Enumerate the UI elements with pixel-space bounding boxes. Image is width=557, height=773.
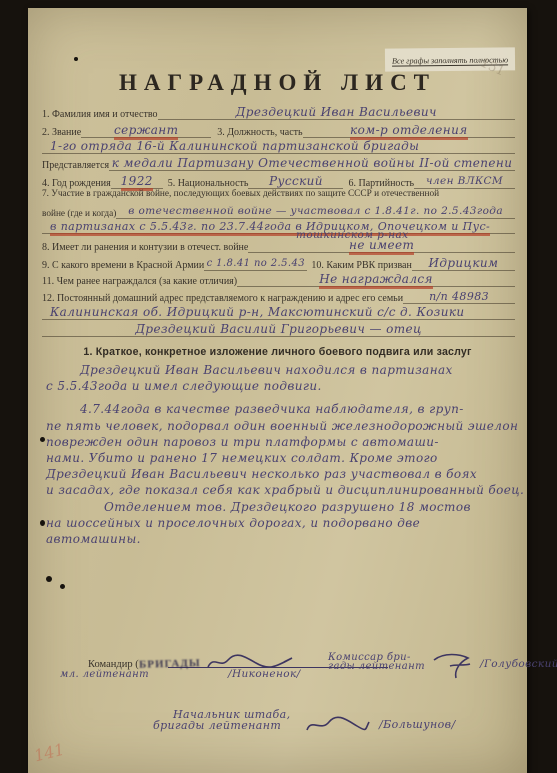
body-line: поврежден один паровоз и три платформы с… <box>46 435 511 451</box>
scanned-award-document: { "note": "Все графы заполнять полностью… <box>0 0 557 773</box>
field-presented-value: к медали Партизану Отечественной войны I… <box>109 156 515 171</box>
field-wounds-value: не имеет <box>248 238 515 253</box>
body-line: и засадах, где показал себя как храбрый … <box>46 483 511 499</box>
field-rvk-value: Идрицким <box>412 256 515 271</box>
body-line: нами. Убито и ранено 17 немецких солдат.… <box>46 451 511 467</box>
body-line: автомашины. <box>46 532 511 548</box>
field-birthyear-value: 1922 <box>111 174 163 189</box>
feat-description-heading: 1. Краткое, конкретное изложение личного… <box>28 346 527 358</box>
body-line: Дрездецкий Иван Васильевич несколько раз… <box>46 467 511 483</box>
field-name-value: Дрездецкий Иван Васильевич <box>158 105 515 120</box>
field-participation-label-line1: 7. Участие в гражданской войне, последую… <box>42 189 439 199</box>
document-title: НАГРАДНОЙ ЛИСТ <box>28 70 527 96</box>
field-name-label: 1. Фамилия имя и отчество <box>42 109 158 120</box>
body-line: Дрездецкий Иван Васильевич находился в п… <box>46 363 511 379</box>
field-position-continued: 1-го отряда 16-й Калининской партизанско… <box>42 139 515 154</box>
body-line: 4.7.44года в качестве разведчика наблюда… <box>46 402 511 418</box>
field-army-since-label: 9. С какого времени в Красной Армии <box>42 260 204 271</box>
field-party-value: член ВЛКСМ <box>414 173 515 189</box>
hole-punch <box>46 576 52 582</box>
field-address-label: 12. Постоянный домашний адрес представля… <box>42 293 403 304</box>
hole-punch <box>74 57 78 61</box>
chief-signature <box>303 714 373 738</box>
field-nationality-value: Русский <box>248 174 343 189</box>
field-participation-label-line2: войне (где и когда) <box>42 209 116 219</box>
chief-name: /Большунов/ <box>379 718 456 731</box>
field-rank-value: сержант <box>81 123 211 138</box>
commissar-signature-block: Комиссар бри- гады лейтенант /Голубовски… <box>328 652 523 672</box>
feat-description-body: Дрездецкий Иван Васильевич находился в п… <box>46 363 511 548</box>
field-position-label: 3. Должность, часть <box>211 127 302 138</box>
body-line: на шоссейных и проселочных дорогах, и по… <box>46 516 511 532</box>
document-paper: Все графы заполнять полностью 151 НАГРАД… <box>28 8 527 773</box>
field-party-label: 6. Партийность <box>343 178 414 189</box>
field-participation-value-line1: в отечественной войне — участвовал с 1.8… <box>116 203 515 219</box>
field-birthyear-label: 4. Год рождения <box>42 178 111 189</box>
hole-punch <box>40 520 45 526</box>
field-previous-awards-value: Не награждался <box>237 272 515 287</box>
field-address-line3: Дрездецкий Василий Григорьевич — отец <box>42 322 515 337</box>
field-presented-label: Представляется <box>42 160 109 171</box>
commissar-signature <box>430 650 478 684</box>
field-previous-awards-label: 11. Чем ранее награждался (за какие отли… <box>42 276 237 287</box>
field-position-value: ком-р отделения <box>303 123 515 138</box>
field-wounds-label: 8. Имеет ли ранения и контузии в отечест… <box>42 242 248 253</box>
chief-of-staff-signature-block: Начальник штаба, бригады лейтенант /Боль… <box>153 708 291 732</box>
commissar-name: /Голубовский/ <box>480 658 557 670</box>
field-rank-label: 2. Звание <box>42 127 81 138</box>
field-address-value: п/п 48983 <box>403 289 515 304</box>
body-line: пе пять человек, подорвал один военный ж… <box>46 419 511 435</box>
field-participation-value-line2: в партизанах с 5.5.43г. по 23.7.44года в… <box>42 219 515 234</box>
body-line: с 5.5.43года и имел следующие подвиги. <box>46 379 511 395</box>
hole-punch <box>60 584 65 589</box>
field-rvk-label: 10. Каким РВК призван <box>307 260 411 271</box>
chief-role-line2: бригады лейтенант <box>153 719 291 732</box>
red-corner-number: 141 <box>32 740 66 766</box>
field-address-line2: Калининская об. Идрицкий р-н, Максютинск… <box>42 305 515 320</box>
unit-stamp-text: бригады <box>139 657 201 671</box>
body-line: Отделением тов. Дрездецкого разрушено 18… <box>46 500 511 516</box>
field-army-since-value: с 1.8.41 по 2.5.43 <box>204 255 307 271</box>
hole-punch <box>40 437 45 442</box>
field-nationality-label: 5. Национальность <box>163 178 249 189</box>
